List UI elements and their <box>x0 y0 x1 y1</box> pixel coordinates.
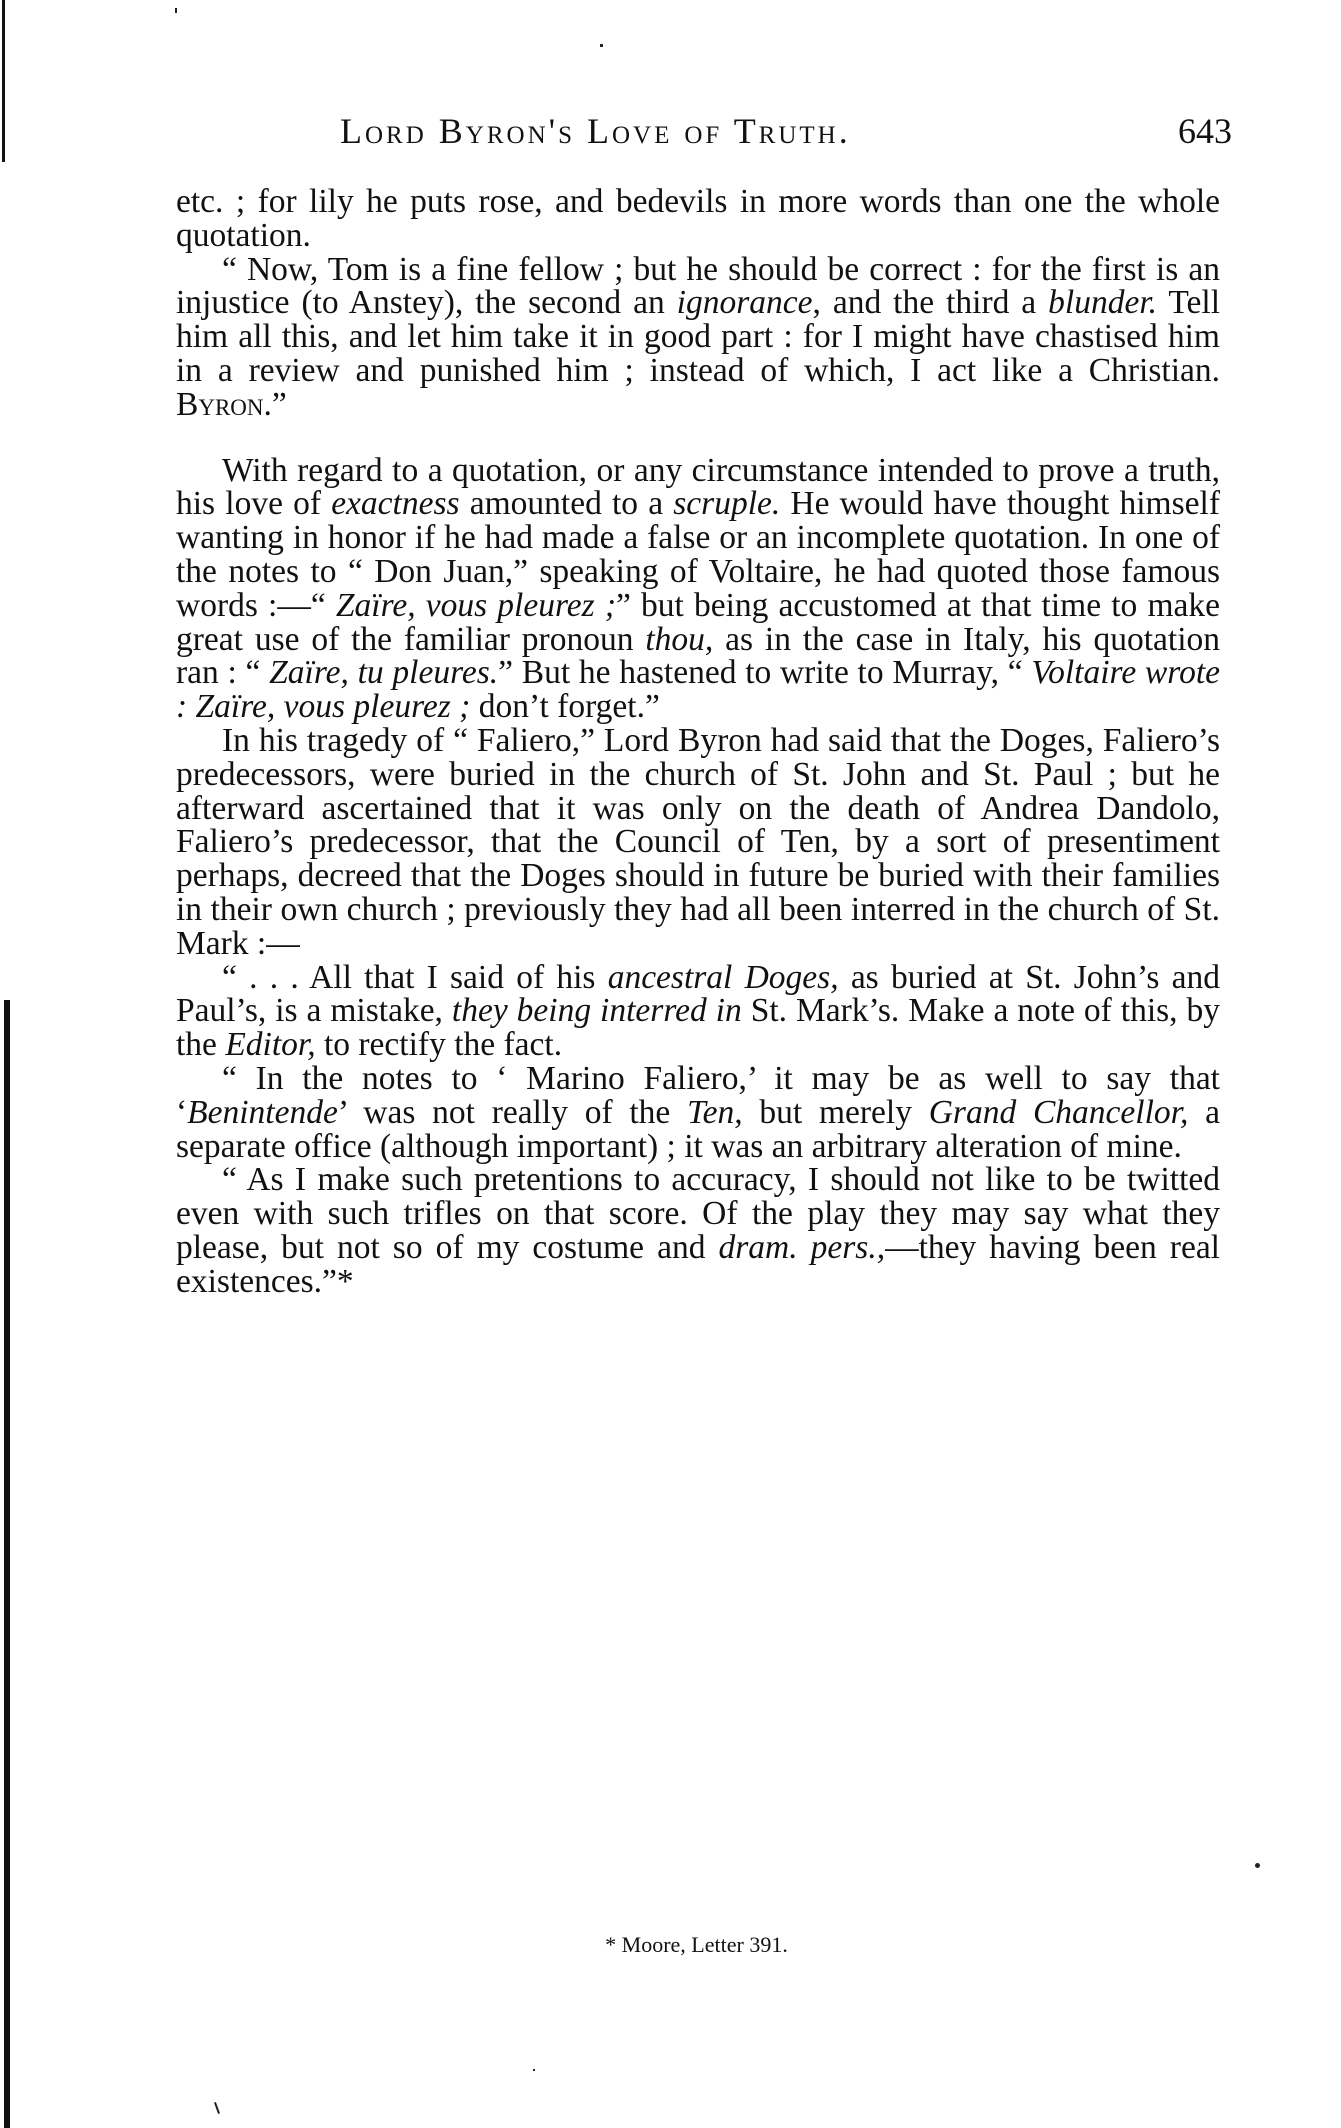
italic-emphasis: Grand Chancellor, <box>929 1094 1189 1131</box>
italic-emphasis: Editor, <box>225 1026 315 1063</box>
scan-speck <box>600 44 603 47</box>
footnote: * Moore, Letter 391. <box>0 1932 1341 1958</box>
page-edge-rule-bottom <box>4 1000 10 2128</box>
scan-speck <box>175 8 177 13</box>
italic-emphasis: ancestral Doges, <box>608 959 839 996</box>
footnote-text: * Moore, Letter 391. <box>605 1932 788 1957</box>
page-number: 643 <box>1178 110 1232 152</box>
signature: Byron.” <box>176 386 287 423</box>
scan-speck <box>1255 1863 1260 1868</box>
paragraph-faliero: In his tragedy of “ Faliero,” Lord Byron… <box>176 724 1220 961</box>
italic-emphasis: Ten, <box>687 1094 743 1131</box>
italic-emphasis: they being interred in <box>452 992 742 1029</box>
italic-emphasis: ignorance <box>677 284 813 321</box>
italic-emphasis: dram. pers., <box>719 1229 886 1266</box>
scan-speck <box>214 2102 220 2114</box>
italic-emphasis: Benintende <box>187 1094 338 1131</box>
page-edge-rule-top <box>2 0 5 162</box>
paragraph-continuation: etc. ; for lily he puts rose, and bedevi… <box>176 185 1220 253</box>
paragraph-accuracy: “ As I make such pretentions to accuracy… <box>176 1163 1220 1298</box>
italic-emphasis: blunder. <box>1048 284 1157 321</box>
italic-emphasis: exactness <box>331 485 459 522</box>
scan-speck <box>533 2069 535 2071</box>
running-head: Lord Byron's Love of Truth. 643 <box>340 110 1240 160</box>
paragraph-byron-letter: “ Now, Tom is a fine fellow ; but he sho… <box>176 253 1220 422</box>
running-head-title: Lord Byron's Love of Truth. <box>340 110 851 152</box>
body-text: etc. ; for lily he puts rose, and bedevi… <box>176 185 1220 1299</box>
paragraph-exactness: With regard to a quotation, or any circu… <box>176 454 1220 724</box>
italic-quote: Zaïre, tu pleures. <box>269 654 498 691</box>
italic-quote: Zaïre, vous pleurez ; <box>336 587 616 624</box>
italic-emphasis: scruple. <box>673 485 780 522</box>
paragraph-ancestral-doges: “ . . . All that I said of his ancestral… <box>176 961 1220 1062</box>
paragraph-marino-faliero: “ In the notes to ‘ Marino Faliero,’ it … <box>176 1062 1220 1163</box>
italic-emphasis: thou, <box>645 621 713 658</box>
